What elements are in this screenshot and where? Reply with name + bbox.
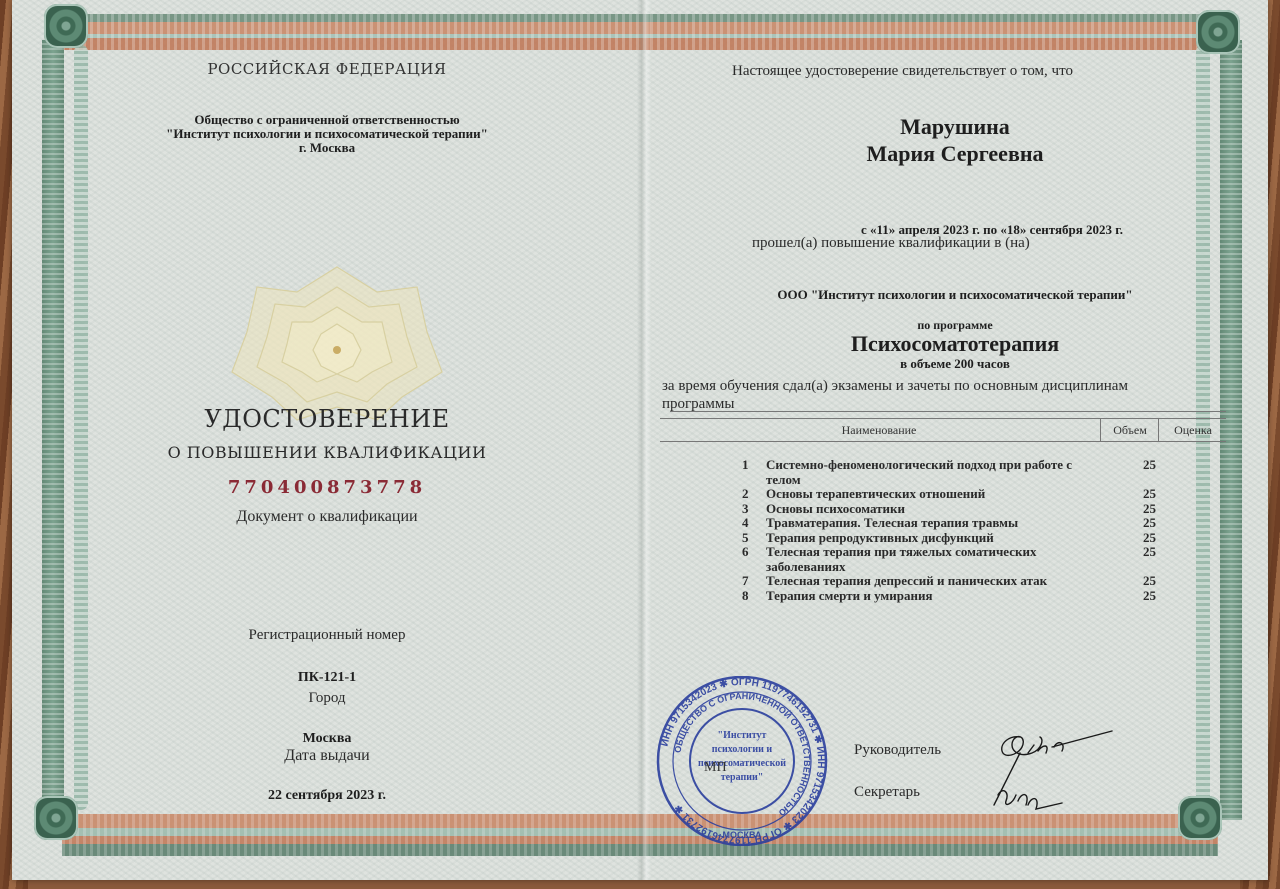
discipline-hours: 25 [1096, 589, 1156, 604]
program-name: Психосоматотерапия [642, 331, 1268, 357]
discipline-name: Телесная терапия депрессий и панических … [766, 574, 1096, 589]
discipline-hours: 25 [1096, 574, 1156, 589]
discipline-hours: 25 [1096, 531, 1156, 546]
discipline-name: Основы психосоматики [766, 502, 1096, 517]
table-row: 8Терапия смерти и умирания25 [742, 589, 1182, 604]
row-number: 3 [742, 502, 766, 517]
completed-text: прошел(а) повышение квалификации в (на) [752, 235, 1030, 252]
discipline-name: Травматерапия. Телесная терапия травмы [766, 516, 1096, 531]
row-number: 4 [742, 516, 766, 531]
row-number: 8 [742, 589, 766, 604]
discipline-name: Основы терапевтических отношений [766, 487, 1096, 502]
discipline-hours: 25 [1096, 516, 1156, 531]
head-signature-label: Руководитель [854, 742, 941, 759]
discipline-hours: 25 [1096, 545, 1156, 574]
discipline-hours: 25 [1096, 502, 1156, 517]
table-row: 4Травматерапия. Телесная терапия травмы2… [742, 516, 1182, 531]
discipline-name: Системно-феноменологический подход при р… [766, 458, 1096, 487]
table-row: 3Основы психосоматики25 [742, 502, 1182, 517]
issue-date-label: Дата выдачи [12, 747, 642, 765]
security-rosette-icon [227, 262, 447, 422]
table-row: 2Основы терапевтических отношений25 [742, 487, 1182, 502]
institution-name: ООО "Институт психологии и психосоматиче… [642, 287, 1268, 303]
certificate-document: РОССИЙСКАЯ ФЕДЕРАЦИЯ Общество с ограниче… [12, 0, 1268, 880]
left-page: РОССИЙСКАЯ ФЕДЕРАЦИЯ Общество с ограниче… [12, 0, 642, 880]
row-number: 1 [742, 458, 766, 487]
city-value: Москва [12, 731, 642, 747]
divider [670, 411, 1226, 412]
org-city: г. Москва [12, 140, 642, 156]
row-number: 7 [742, 574, 766, 589]
column-header-name: Наименование [660, 423, 1098, 438]
intro-text: Настоящее удостоверение свидетельствует … [732, 63, 1073, 80]
document-subtitle: О ПОВЫШЕНИИ КВАЛИФИКАЦИИ [12, 443, 642, 462]
exams-text-1: за время обучения сдал(а) экзамены и зач… [662, 378, 1128, 395]
registration-label: Регистрационный номер [12, 627, 642, 644]
discipline-hours: 25 [1096, 458, 1156, 487]
signature-icon [962, 725, 1122, 830]
holder-given-names: Мария Сергеевна [642, 141, 1268, 167]
discipline-name: Телесная терапия при тяжелых соматически… [766, 545, 1096, 574]
holder-surname: Марушина [642, 114, 1268, 140]
issue-date: 22 сентября 2023 г. [12, 788, 642, 804]
column-header-hours: Объем [1100, 419, 1159, 441]
row-number: 6 [742, 545, 766, 574]
discipline-name: Терапия репродуктивных дисфункций [766, 531, 1096, 546]
disciplines-table-header: Наименование Объем Оценка [660, 418, 1226, 442]
row-number: 5 [742, 531, 766, 546]
document-title: УДОСТОВЕРЕНИЕ [12, 405, 642, 433]
table-row: 1Системно-феноменологический подход при … [742, 458, 1182, 487]
table-row: 7Телесная терапия депрессий и панических… [742, 574, 1182, 589]
discipline-name: Терапия смерти и умирания [766, 589, 1096, 604]
disciplines-table: 1Системно-феноменологический подход при … [742, 458, 1182, 603]
discipline-hours: 25 [1096, 487, 1156, 502]
serial-number: 770400873778 [12, 477, 642, 498]
official-seal-icon: ИНН 9715342023 ✱ ОГРН 1197746192731 ✱ ИН… [652, 676, 832, 846]
country-name: РОССИЙСКАЯ ФЕДЕРАЦИЯ [12, 60, 642, 78]
registration-number: ПК-121-1 [12, 670, 642, 686]
svg-text:МОСКВА: МОСКВА [722, 830, 762, 840]
city-label: Город [12, 690, 642, 707]
program-hours: в объеме 200 часов [642, 356, 1268, 372]
column-header-grade: Оценка [1158, 419, 1227, 441]
seal-placement-label: МП [704, 760, 727, 776]
row-number: 2 [742, 487, 766, 502]
table-row: 5Терапия репродуктивных дисфункций25 [742, 531, 1182, 546]
table-row: 6Телесная терапия при тяжелых соматическ… [742, 545, 1182, 574]
secretary-signature-label: Секретарь [854, 784, 920, 801]
document-type: Документ о квалификации [12, 508, 642, 526]
